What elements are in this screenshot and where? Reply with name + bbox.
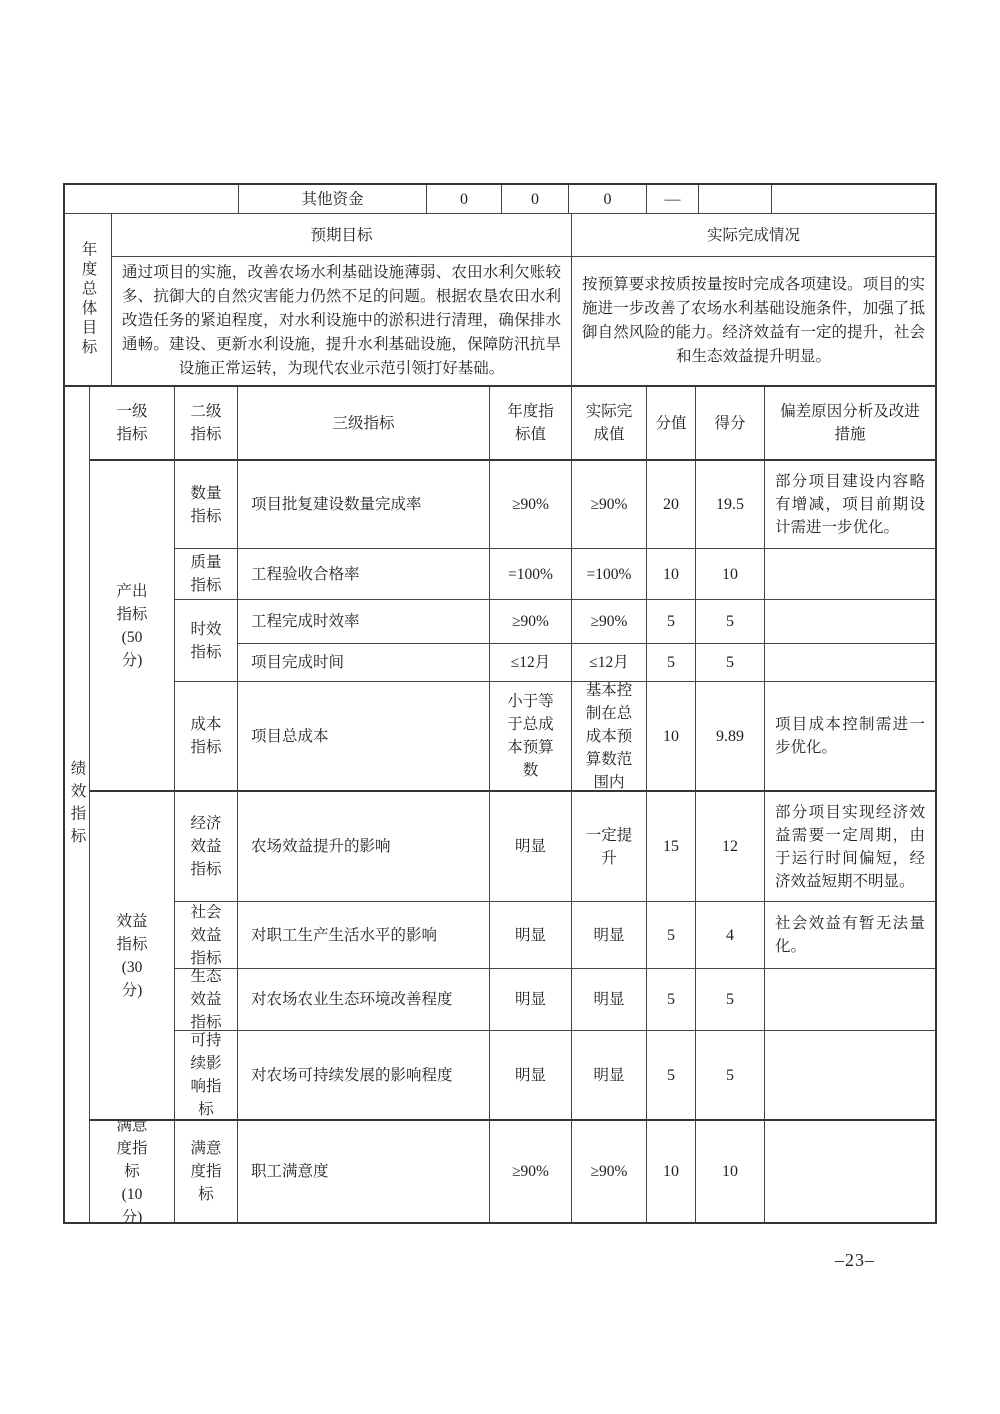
header-target: 年度指标值 (490, 387, 572, 461)
actual-cell: 基本控制在总成本预算数范围内 (572, 682, 647, 792)
level2-cell: 经济效益指标 (175, 792, 238, 902)
funding-row: 其他资金 0 0 0 — (65, 185, 935, 214)
score-cell: 12 (696, 792, 765, 902)
score-max-cell: 5 (647, 600, 696, 644)
score-max-cell: 5 (647, 902, 696, 969)
level3-cell: 工程验收合格率 (238, 549, 490, 600)
target-cell: ≥90% (490, 1121, 572, 1222)
score-max-cell: 10 (647, 1121, 696, 1222)
funding-value-cell: 0 (502, 185, 569, 214)
level2-cell: 质量指标 (175, 549, 238, 600)
actual-cell: 明显 (572, 969, 647, 1031)
score-cell: 5 (696, 644, 765, 682)
actual-cell: ≤12月 (572, 644, 647, 682)
level2-cell: 生态效益指标 (175, 969, 238, 1031)
actual-completion-header-cell: 实际完成情况 (572, 214, 935, 257)
score-cell: 10 (696, 1121, 765, 1222)
target-cell: 明显 (490, 1031, 572, 1121)
level2-cell: 社会效益指标 (175, 902, 238, 969)
level3-cell: 项目总成本 (238, 682, 490, 792)
score-max-cell: 5 (647, 644, 696, 682)
actual-completion-text: 按预算要求按质按量按时完成各项建设。项目的实施进一步改善了农场水利基础设施条件，… (572, 273, 935, 369)
target-cell: 明显 (490, 792, 572, 902)
level3-cell: 农场效益提升的影响 (238, 792, 490, 902)
expected-goal-header-cell: 预期目标 (112, 214, 572, 257)
score-cell: 9.89 (696, 682, 765, 792)
level3-cell: 工程完成时效率 (238, 600, 490, 644)
level2-cell: 成本指标 (175, 682, 238, 792)
deviation-cell (765, 549, 935, 600)
funding-label: 其他资金 (301, 188, 363, 211)
funding-value-cell: 0 (569, 185, 647, 214)
score-cell: 4 (696, 902, 765, 969)
indicator-table: 绩效指标 一级指标 二级指标 三级指标 年度指标值 实际完成值 分值 得分 偏差… (65, 387, 935, 1222)
deviation-cell (765, 1031, 935, 1121)
deviation-cell (765, 1121, 935, 1222)
score-cell: 19.5 (696, 461, 765, 549)
score-cell: 10 (696, 549, 765, 600)
deviation-cell: 项目成本控制需进一步优化。 (765, 682, 935, 792)
header-level2: 二级指标 (175, 387, 238, 461)
score-max-cell: 15 (647, 792, 696, 902)
actual-completion-text-cell: 按预算要求按质按量按时完成各项建设。项目的实施进一步改善了农场水利基础设施条件，… (572, 257, 935, 387)
level2-cell: 满意度指标 (175, 1121, 238, 1222)
indicator-side-label: 绩效指标 (66, 760, 89, 850)
header-score-max: 分值 (647, 387, 696, 461)
page-number: –23– (815, 1250, 895, 1271)
target-cell: ≥90% (490, 600, 572, 644)
target-cell: 明显 (490, 902, 572, 969)
level2-cell: 可持续影响指标 (175, 1031, 238, 1121)
level3-cell: 职工满意度 (238, 1121, 490, 1222)
level3-cell: 对农场农业生态环境改善程度 (238, 969, 490, 1031)
actual-cell: 一定提升 (572, 792, 647, 902)
expected-goal-text: 通过项目的实施，改善农场水利基础设施薄弱、农田水利欠账较多、抗御大的自然灾害能力… (112, 261, 571, 381)
actual-cell: ≥90% (572, 1121, 647, 1222)
funding-label-cell: 其他资金 (239, 185, 427, 214)
funding-empty-right-cell (772, 185, 935, 214)
header-deviation: 偏差原因分析及改进措施 (765, 387, 935, 461)
target-cell: ≤12月 (490, 644, 572, 682)
funding-empty-left-cell (65, 185, 239, 214)
actual-cell: =100% (572, 549, 647, 600)
funding-empty-cell (699, 185, 772, 214)
expected-goal-text-cell: 通过项目的实施，改善农场水利基础设施薄弱、农田水利欠账较多、抗御大的自然灾害能力… (112, 257, 572, 387)
header-actual: 实际完成值 (572, 387, 647, 461)
actual-cell: 明显 (572, 902, 647, 969)
level1-group-benefit: 效益指标(30分) (90, 792, 175, 1121)
score-max-cell: 10 (647, 682, 696, 792)
target-cell: =100% (490, 549, 572, 600)
target-cell: 明显 (490, 969, 572, 1031)
deviation-cell: 部分项目实现经济效益需要一定周期，由于运行时间偏短，经济效益短期不明显。 (765, 792, 935, 902)
deviation-cell (765, 644, 935, 682)
level2-cell: 时效指标 (175, 600, 238, 682)
deviation-cell: 社会效益有暂无法量化。 (765, 902, 935, 969)
indicator-side-label-cell: 绩效指标 (65, 387, 90, 1222)
funding-value-cell: 0 (427, 185, 502, 214)
target-cell: ≥90% (490, 461, 572, 549)
level1-group-satisfaction: 满意度指标(10分) (90, 1121, 175, 1222)
level2-cell: 数量指标 (175, 461, 238, 549)
header-level1: 一级指标 (90, 387, 175, 461)
level3-cell: 项目完成时间 (238, 644, 490, 682)
deviation-cell: 部分项目建设内容略有增减，项目前期设计需进一步优化。 (765, 461, 935, 549)
header-score: 得分 (696, 387, 765, 461)
score-max-cell: 10 (647, 549, 696, 600)
level1-group-output: 产出指标(50分) (90, 461, 175, 792)
report-table: 其他资金 0 0 0 — 年度总体目标 预期目标 实际完成情况 通过项目的实施，… (63, 183, 937, 1224)
score-cell: 5 (696, 600, 765, 644)
score-cell: 5 (696, 969, 765, 1031)
score-max-cell: 20 (647, 461, 696, 549)
score-max-cell: 5 (647, 969, 696, 1031)
level3-cell: 对职工生产生活水平的影响 (238, 902, 490, 969)
target-cell: 小于等于总成本预算数 (490, 682, 572, 792)
annual-goal-section: 年度总体目标 预期目标 实际完成情况 通过项目的实施，改善农场水利基础设施薄弱、… (65, 214, 935, 387)
actual-cell: ≥90% (572, 461, 647, 549)
deviation-cell (765, 600, 935, 644)
score-max-cell: 5 (647, 1031, 696, 1121)
actual-cell: 明显 (572, 1031, 647, 1121)
score-cell: 5 (696, 1031, 765, 1121)
level3-cell: 项目批复建设数量完成率 (238, 461, 490, 549)
header-level3: 三级指标 (238, 387, 490, 461)
deviation-cell (765, 969, 935, 1031)
level3-cell: 对农场可持续发展的影响程度 (238, 1031, 490, 1121)
annual-goal-side-label-cell: 年度总体目标 (65, 214, 112, 387)
actual-cell: ≥90% (572, 600, 647, 644)
funding-value-cell: — (647, 185, 699, 214)
annual-goal-side-label: 年度总体目标 (77, 241, 100, 358)
